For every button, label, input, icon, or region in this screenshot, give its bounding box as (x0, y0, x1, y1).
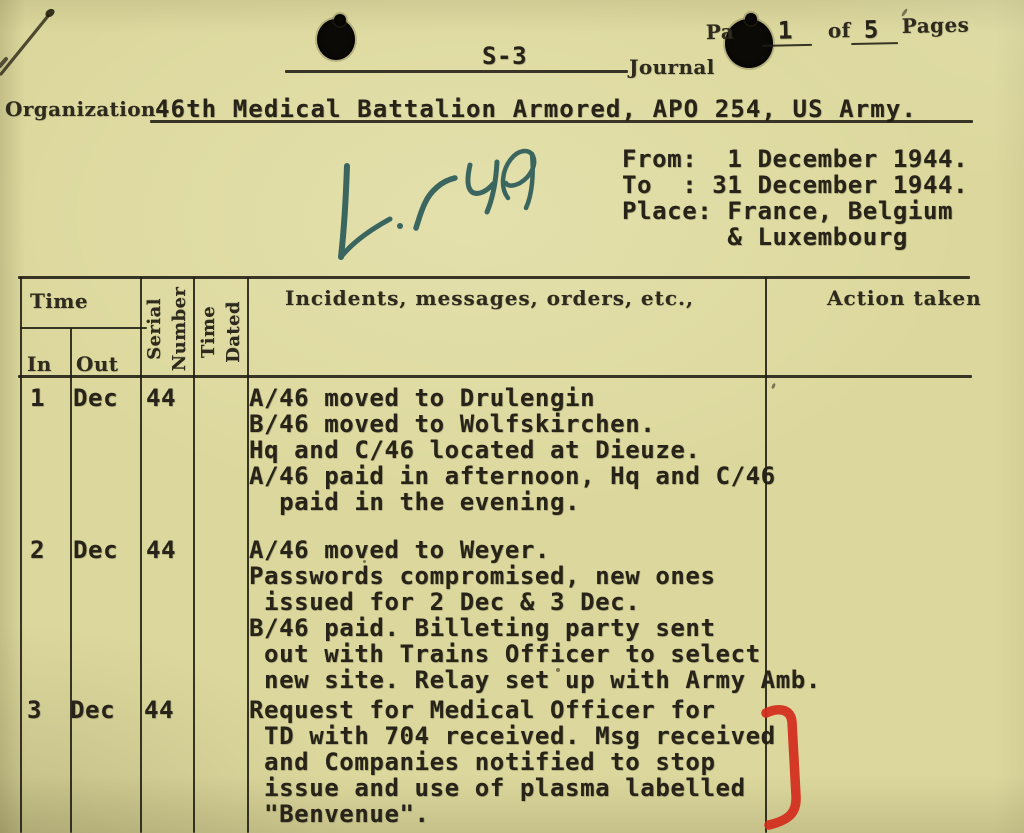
time-subheader-line (20, 327, 147, 329)
journal-table: Time In Out Serial Number Time Dated Inc… (0, 0, 1024, 833)
scanned-journal-page: Pa 1 of 5 Pages S-3 Journal Organization… (0, 0, 1024, 833)
header-action-taken: Action taken (827, 287, 982, 309)
table-left-border (20, 277, 22, 833)
header-time-dated: Time Dated (194, 286, 248, 378)
row1-serial: 44 (146, 385, 176, 411)
row1-incidents: A/46 moved to Drulengin B/46 moved to Wo… (249, 385, 776, 515)
header-out: Out (76, 353, 118, 375)
row1-time-in: 1 (30, 385, 45, 411)
row2-serial: 44 (146, 537, 176, 563)
row2-time-out: Dec (73, 537, 118, 563)
header-in: In (27, 353, 52, 375)
divider-in-out (70, 328, 72, 833)
row3-incidents: Request for Medical Officer for TD with … (249, 697, 776, 827)
row3-serial: 44 (144, 697, 174, 723)
header-bottom-border (18, 375, 972, 378)
red-bracket-annotation (755, 700, 815, 833)
header-incidents: Incidents, messages, orders, etc., (285, 287, 694, 309)
row1-time-out: Dec (73, 385, 118, 411)
row2-incidents: A/46 moved to Weyer. Passwords compromis… (249, 537, 821, 693)
scan-speck (363, 560, 366, 563)
header-time: Time (30, 290, 88, 312)
row3-time-in: 3 (27, 697, 42, 723)
scan-speck (556, 668, 560, 672)
header-serial-number: Serial Number (140, 283, 194, 375)
row2-time-in: 2 (30, 537, 45, 563)
row3-time-out: Dec (70, 697, 115, 723)
table-top-border (18, 276, 970, 279)
